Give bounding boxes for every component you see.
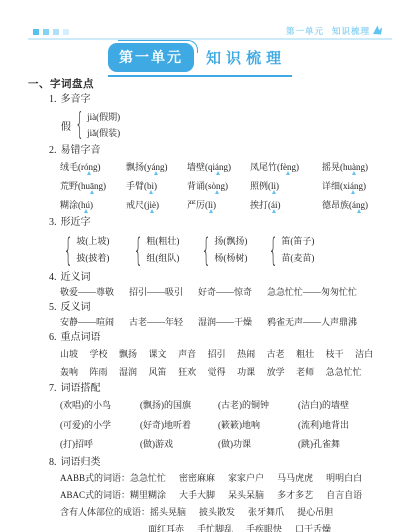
word-pair: 鸦雀无声——人声鼎沸 (267, 315, 357, 330)
pinyin-entry: 背诵(sòng) (187, 177, 250, 196)
pinyin: áng (352, 200, 365, 210)
brace-glyph: { (134, 235, 143, 265)
brace-pair: { 坡(上坡)披(披着) (60, 233, 130, 267)
sections-list: 1.多音字 假 { jià(假期)jiǎ(假装) 2.易错字音 绒毛(róng)… (28, 92, 390, 532)
word: 热闹 (237, 345, 255, 363)
collocation: (好奇)地听着 (140, 416, 218, 436)
collocation: (飘扬)的国旗 (140, 396, 218, 416)
collocation: (古老)的铜钟 (218, 396, 298, 416)
collocation: (洁白)的墙壁 (298, 396, 390, 416)
word-pair-row: 安静——喧闹古老——年轻湿润——干燥鸦雀无声——人声鼎沸 (60, 315, 390, 330)
brace-pairs-row: { 坡(上坡)披(披着) { 粗(粗壮)组(组队) { 扬(飘扬)杨(杨树) {… (60, 230, 390, 270)
pinyin-row: 荒野(huāng)手臂(bì)背诵(sòng)照例(lì)详细(xiáng) (60, 177, 390, 196)
category-label: ABAC式的词语： (60, 487, 130, 504)
idiom: 面红耳赤 (148, 524, 184, 532)
category-row: 含有人体部位的成语：摇头晃脑披头散发张牙舞爪提心吊胆 (60, 504, 390, 521)
brace-glyph: { (75, 110, 84, 140)
pinyin-entry: 挨打(ái) (250, 196, 322, 215)
collocation: (欢唱)的小鸟 (60, 396, 140, 416)
word-row: 山坡学校飘扬课文声音招引热闹古老粗壮枝干洁白 (60, 345, 390, 363)
brace-pair: { 粗(粗壮)组(组队) (130, 233, 198, 267)
polyphone-char: 假 (61, 118, 71, 133)
brace-glyph: { (202, 235, 211, 265)
section-body: 绒毛(róng)飘扬(yáng)墙壁(qiáng)凤尾竹(fèng)摇晃(huà… (60, 158, 390, 215)
idiom: 口干舌燥 (295, 524, 331, 532)
word: 声音 (178, 345, 196, 363)
unit-badge: 第一单元 (108, 43, 194, 72)
collocation: (打)招呼 (60, 435, 140, 455)
pinyin: fèng (280, 162, 296, 172)
pinyin: hú (81, 200, 90, 210)
pinyin-row: 绒毛(róng)飘扬(yáng)墙壁(qiáng)凤尾竹(fèng)摇晃(huà… (60, 158, 390, 177)
category-label: AABB式的词语： (60, 470, 130, 487)
idiom: 手疾眼快 (246, 524, 282, 532)
collocation-row: (打)招呼(做)游戏(做)功课(跳)孔雀舞 (60, 435, 390, 455)
section-heading: 6.重点词语 (49, 330, 390, 345)
breadcrumb: 第一单元 知识梳理 (286, 25, 384, 37)
brace-pair: { 扬(飘扬)杨(杨树) (198, 233, 265, 267)
idiom: 家家户户 (228, 473, 264, 483)
category-label: 含有人体部位的成语： (60, 504, 150, 521)
pinyin: ái (271, 200, 278, 210)
section-词语归类: 8.词语归类 AABB式的词语：急急忙忙密密麻麻家家户户马马虎虎明明白白ABAC… (28, 455, 390, 532)
pinyin-entry: 德昂族(áng) (322, 196, 390, 215)
word: 古老 (267, 345, 285, 363)
pinyin: lì (271, 181, 276, 191)
pinyin: xiáng (343, 181, 363, 191)
category-row: ABAC式的词语：糊里糊涂大手大脚呆头呆脑多才多艺自言自语 (60, 487, 390, 504)
word-pair-row: 敬爱——尊敬招引——吸引好奇——惊奇急急忙忙——匆匆忙忙 (60, 285, 390, 300)
pinyin-entry: 绒毛(róng) (60, 158, 126, 177)
collocation: (做)功课 (218, 435, 298, 455)
word: 放学 (267, 363, 285, 381)
idiom: 明明白白 (326, 473, 362, 483)
pinyin: róng (81, 162, 98, 172)
pinyin: bì (147, 181, 154, 191)
header-rule (28, 38, 392, 40)
pinyin-entry: 荒野(huāng) (60, 177, 126, 196)
section-body: AABB式的词语：急急忙忙密密麻麻家家户户马马虎虎明明白白ABAC式的词语：糊里… (60, 470, 390, 532)
word: 轰响 (60, 363, 78, 381)
idiom: 手忙脚乱 (197, 524, 233, 532)
word: 课文 (149, 345, 167, 363)
header-squares-icon (33, 29, 69, 35)
collocation: (做)游戏 (140, 435, 218, 455)
section-heading: 4.近义词 (49, 270, 390, 285)
pinyin: huàng (343, 162, 365, 172)
pinyin-entry: 摇晃(huàng) (322, 158, 390, 177)
polyphone-group: 假 { jià(假期)jiǎ(假装) (61, 107, 390, 143)
idiom: 呆头呆脑 (228, 490, 264, 500)
section-body: 安静——喧闹古老——年轻湿润——干燥鸦雀无声——人声鼎沸 (60, 315, 390, 330)
category-row: 面红耳赤手忙脚乱手疾眼快口干舌燥 (60, 521, 390, 532)
pinyin-entry: 墙壁(qiáng) (187, 158, 250, 177)
page-title-banner: 第一单元 知识梳理 (0, 43, 400, 77)
word: 飘扬 (119, 345, 137, 363)
section-heading: 5.反义词 (49, 300, 390, 315)
banner-topic: 知识梳理 (206, 47, 286, 68)
collocation: (簌簌)地响 (218, 416, 298, 436)
word-pair: 招引——吸引 (129, 285, 183, 300)
category-row: AABB式的词语：急急忙忙密密麻麻家家户户马马虎虎明明白白 (60, 470, 390, 487)
section-heading: 3.形近字 (49, 215, 390, 230)
idiom: 急急忙忙 (130, 473, 166, 483)
pinyin: yáng (147, 162, 165, 172)
word-pair: 敬爱——尊敬 (60, 285, 114, 300)
pinyin-row: 糊涂(hú)戒尺(jiè)严厉(lì)挨打(ái)德昂族(áng) (60, 196, 390, 215)
word: 老师 (296, 363, 314, 381)
word-pair: 湿润——干燥 (198, 315, 252, 330)
collocation-row: (欢唱)的小鸟(飘扬)的国旗(古老)的铜钟(洁白)的墙壁 (60, 396, 390, 416)
section-多音字: 1.多音字 假 { jià(假期)jiǎ(假装) (28, 92, 390, 143)
section-词语搭配: 7.词语搭配 (欢唱)的小鸟(飘扬)的国旗(古老)的铜钟(洁白)的墙壁(可爱)的… (28, 381, 390, 455)
collocation-row: (可爱)的小学(好奇)地听着(簌簌)地响(流利)地背出 (60, 416, 390, 436)
pointer-cap-icon (372, 24, 384, 36)
word: 阵雨 (90, 363, 108, 381)
idiom: 糊里糊涂 (130, 490, 166, 500)
section-反义词: 5.反义词 安静——喧闹古老——年轻湿润——干燥鸦雀无声——人声鼎沸 (28, 300, 390, 330)
word: 洁白 (355, 345, 373, 363)
pinyin-entry: 飘扬(yáng) (126, 158, 187, 177)
section-形近字: 3.形近字 { 坡(上坡)披(披着) { 粗(粗壮)组(组队) { 扬(飘扬)杨… (28, 215, 390, 270)
idiom: 马马虎虎 (277, 473, 313, 483)
pinyin-entry: 糊涂(hú) (60, 196, 126, 215)
breadcrumb-unit: 第一单元 (286, 25, 324, 37)
word: 招引 (208, 345, 226, 363)
section-body: 敬爱——尊敬招引——吸引好奇——惊奇急急忙忙——匆匆忙忙 (60, 285, 390, 300)
word-pair: 好奇——惊奇 (198, 285, 252, 300)
main-heading: 一、字词盘点 (28, 77, 390, 92)
word-pair: 古老——年轻 (129, 315, 183, 330)
pinyin-entry: 手臂(bì) (126, 177, 187, 196)
pinyin-entry: 凤尾竹(fèng) (250, 158, 322, 177)
idiom: 披头散发 (199, 507, 235, 517)
pinyin-entry: 照例(lì) (250, 177, 322, 196)
section-body: 假 { jià(假期)jiǎ(假装) (60, 107, 390, 143)
pinyin: huāng (81, 181, 103, 191)
section-heading: 8.词语归类 (49, 455, 390, 470)
pinyin: qiáng (208, 162, 228, 172)
idiom: 摇头晃脑 (150, 507, 186, 517)
word: 风笛 (149, 363, 167, 381)
brace-glyph: { (269, 235, 278, 265)
idiom: 自言自语 (326, 490, 362, 500)
pinyin-entry: 戒尺(jiè) (126, 196, 187, 215)
polyphone-reading: jià(假期) (87, 109, 120, 125)
word: 湿润 (119, 363, 137, 381)
idiom: 张牙舞爪 (248, 507, 284, 517)
section-body: (欢唱)的小鸟(飘扬)的国旗(古老)的铜钟(洁白)的墙壁(可爱)的小学(好奇)地… (60, 396, 390, 455)
section-近义词: 4.近义词 敬爱——尊敬招引——吸引好奇——惊奇急急忙忙——匆匆忙忙 (28, 270, 390, 300)
section-body: { 坡(上坡)披(披着) { 粗(粗壮)组(组队) { 扬(飘扬)杨(杨树) {… (60, 230, 390, 270)
section-heading: 1.多音字 (49, 92, 390, 107)
word-pair: 急急忙忙——匆匆忙忙 (267, 285, 357, 300)
word: 急急忙忙 (326, 363, 362, 381)
collocation: (可爱)的小学 (60, 416, 140, 436)
collocation: (跳)孔雀舞 (298, 435, 390, 455)
section-易错字音: 2.易错字音 绒毛(róng)飘扬(yáng)墙壁(qiáng)凤尾竹(fèng… (28, 143, 390, 215)
pinyin-entry: 严厉(lì) (187, 196, 250, 215)
pinyin: sòng (208, 181, 225, 191)
polyphone-reading: jiǎ(假装) (87, 125, 120, 141)
section-heading: 7.词语搭配 (49, 381, 390, 396)
brace-glyph: { (64, 235, 73, 265)
breadcrumb-topic: 知识梳理 (332, 25, 370, 37)
word: 觉得 (208, 363, 226, 381)
word: 学校 (90, 345, 108, 363)
word: 粗壮 (296, 345, 314, 363)
pinyin: lì (208, 200, 213, 210)
content-area: 一、字词盘点 1.多音字 假 { jià(假期)jiǎ(假装) 2.易错字音 绒… (28, 77, 390, 532)
idiom: 密密麻麻 (179, 473, 215, 483)
word: 狂欢 (178, 363, 196, 381)
word: 山坡 (60, 345, 78, 363)
section-heading: 2.易错字音 (49, 143, 390, 158)
brace-pair: { 笛(笛子)苗(麦苗) (265, 233, 390, 267)
idiom: 提心吊胆 (297, 507, 333, 517)
word: 功课 (237, 363, 255, 381)
idiom: 大手大脚 (179, 490, 215, 500)
section-body: 山坡学校飘扬课文声音招引热闹古老粗壮枝干洁白轰响阵雨湿润风笛狂欢觉得功课放学老师… (60, 345, 390, 381)
idiom: 多才多艺 (277, 490, 313, 500)
pinyin-entry: 详细(xiáng) (322, 177, 390, 196)
section-重点词语: 6.重点词语 山坡学校飘扬课文声音招引热闹古老粗壮枝干洁白轰响阵雨湿润风笛狂欢觉… (28, 330, 390, 381)
pinyin: jiè (147, 200, 156, 210)
collocation: (流利)地背出 (298, 416, 390, 436)
word-row: 轰响阵雨湿润风笛狂欢觉得功课放学老师急急忙忙 (60, 363, 390, 381)
word: 枝干 (326, 345, 344, 363)
word-pair: 安静——喧闹 (60, 315, 114, 330)
